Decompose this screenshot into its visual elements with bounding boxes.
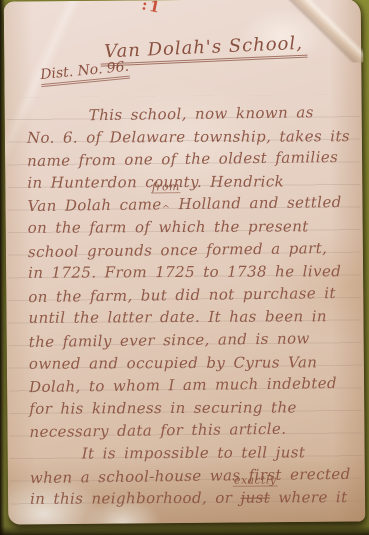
manuscript-line: No. 6. of Delaware township, takes its bbox=[27, 125, 350, 149]
manuscript-line: in 1725. From 1725 to 1738 he lived bbox=[28, 260, 351, 284]
handwritten-text: on the farm, but did not purchase it bbox=[28, 284, 336, 306]
manuscript-line: necessary data for this article. bbox=[29, 417, 352, 444]
handwritten-text: when a school-house was first erected bbox=[30, 464, 351, 486]
correction: justexactly bbox=[240, 487, 270, 510]
handwritten-text: name from one of the oldest families bbox=[27, 148, 338, 170]
handwritten-text: the family ever since, and is now bbox=[29, 329, 310, 351]
handwritten-text: for his kindness in securing the bbox=[29, 398, 297, 417]
manuscript-line: Dolah, to whom I am much indebted bbox=[29, 372, 352, 399]
handwritten-text: in this neighborhood, or bbox=[30, 489, 241, 508]
manuscript-line: in this neighborhood, or justexactly whe… bbox=[30, 486, 353, 510]
manuscript-line: for his kindness in securing the bbox=[29, 396, 352, 420]
manuscript-line: It is impossible to tell just bbox=[30, 441, 353, 465]
manuscript-line: the family ever since, and is now bbox=[29, 327, 352, 354]
handwritten-text: Dolah, to whom I am much indebted bbox=[29, 374, 337, 396]
handwritten-text: No. 6. of Delaware township, takes its bbox=[27, 127, 350, 147]
caret-mark: ^ bbox=[162, 205, 171, 216]
manuscript-page: :1 Van Dolah's School, Dist. No. 96. Thi… bbox=[4, 0, 366, 525]
manuscript-body: This school, now known asNo. 6. of Delaw… bbox=[27, 102, 354, 511]
red-grading-mark: :1 bbox=[140, 0, 163, 17]
manuscript-line: name from one of the oldest families bbox=[27, 146, 350, 173]
handwritten-text: This school, now known as bbox=[89, 103, 314, 124]
manuscript-line: owned and occupied by Cyrus Van bbox=[29, 351, 352, 375]
manuscript-line: when a school-house was first erected bbox=[30, 462, 353, 489]
handwritten-text: on the farm of which the present bbox=[28, 217, 309, 236]
handwritten-text: owned and occupied by Cyrus Van bbox=[29, 353, 318, 373]
handwritten-text: Holland and settled bbox=[170, 193, 342, 213]
inserted-word: exactly bbox=[233, 475, 277, 487]
handwritten-text: in 1725. From 1725 to 1738 he lived bbox=[28, 262, 341, 282]
handwritten-text: until the latter date. It has been in bbox=[28, 308, 327, 328]
manuscript-line: school grounds once formed a part, bbox=[28, 236, 351, 263]
handwritten-text: where it bbox=[270, 488, 347, 506]
handwritten-text: school grounds once formed a part, bbox=[28, 239, 328, 261]
handwritten-text: It is impossible to tell just bbox=[82, 443, 306, 462]
photo-background: :1 Van Dolah's School, Dist. No. 96. Thi… bbox=[0, 0, 369, 535]
inserted-word: from bbox=[151, 181, 181, 193]
manuscript-line: This school, now known as bbox=[27, 101, 350, 128]
manuscript-line: Van Dolah came^from Holland and settled bbox=[27, 191, 350, 218]
handwritten-text: Van Dolah came bbox=[27, 196, 161, 216]
manuscript-line: until the latter date. It has been in bbox=[28, 305, 351, 329]
document-title: Van Dolah's School, bbox=[100, 33, 308, 67]
handwritten-text: necessary data for this article. bbox=[29, 420, 286, 441]
manuscript-line: on the farm of which the present bbox=[28, 215, 351, 239]
struck-word: just bbox=[240, 489, 270, 507]
